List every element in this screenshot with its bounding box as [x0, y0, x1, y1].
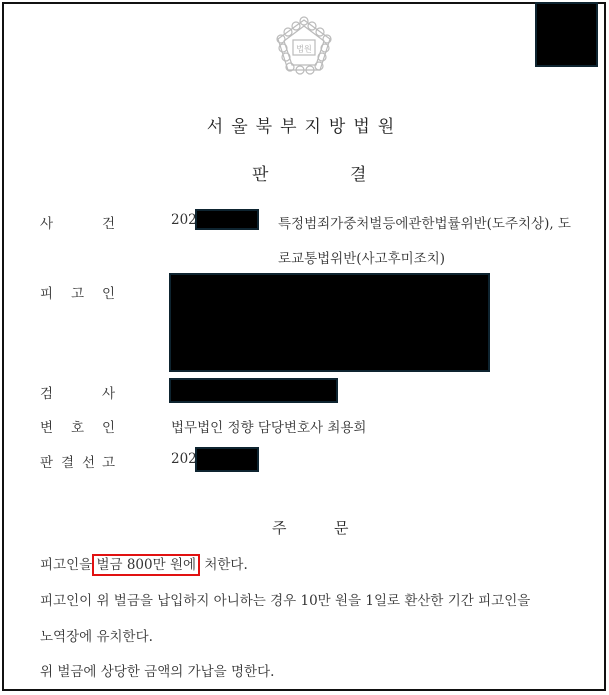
case-label-1: 사 [40, 212, 53, 232]
title-char-2: 결 [350, 160, 366, 185]
order-line-4: 위 벌금에 상당한 금액의 가납을 명한다. [40, 660, 274, 680]
prosecutor-label-2: 사 [102, 382, 115, 402]
case-title-line2: 로교통법위반(사고후미조치) [278, 247, 445, 267]
case-title-line1: 특정범죄가중처벌등에관한법률위반(도주치상), 도 [278, 212, 571, 232]
order-line-2: 피고인이 위 벌금을 납입하지 아니하는 경우 10만 원을 1일로 환산한 기… [40, 589, 530, 609]
order-line1-after: 처한다. [204, 557, 247, 573]
redacted-defendant [169, 273, 490, 372]
order-heading-2: 문 [334, 517, 349, 538]
defendant-label-1: 피 [40, 282, 53, 302]
judgment-date-label-4: 고 [102, 451, 115, 471]
title-char-1: 판 [252, 160, 268, 185]
fine-amount-highlight: 벌금 800만 원에 [92, 554, 200, 576]
redacted-stamp [535, 2, 598, 67]
judgment-date-label-3: 선 [82, 451, 95, 471]
counsel-label-1: 변 [40, 416, 53, 436]
order-heading-1: 주 [272, 517, 287, 538]
case-number-prefix: 202 [171, 212, 197, 228]
judgment-date-label-2: 결 [61, 451, 74, 471]
judgment-date-prefix: 202 [171, 451, 197, 467]
court-name: 서울북부지방법원 [0, 112, 609, 137]
counsel-value: 법무법인 정향 담당변호사 최용희 [171, 416, 366, 436]
judgment-date-label-1: 판 [40, 451, 53, 471]
redacted-judgment-date [195, 447, 259, 472]
redacted-case-number [195, 209, 259, 230]
order-line-3: 노역장에 유치한다. [40, 625, 153, 645]
case-label-2: 건 [102, 212, 115, 232]
counsel-label-3: 인 [102, 416, 115, 436]
defendant-label-2: 고 [71, 282, 84, 302]
redacted-prosecutor [169, 378, 338, 403]
order-line1-before: 피고인을 [40, 557, 92, 573]
court-emblem-icon: 법원 [272, 14, 336, 78]
order-line-1: 피고인을 벌금 800만 원에 처한다. [40, 553, 248, 573]
counsel-label-2: 호 [71, 416, 84, 436]
prosecutor-label-1: 검 [40, 382, 53, 402]
svg-text:법원: 법원 [296, 44, 311, 54]
defendant-label-3: 인 [102, 282, 115, 302]
